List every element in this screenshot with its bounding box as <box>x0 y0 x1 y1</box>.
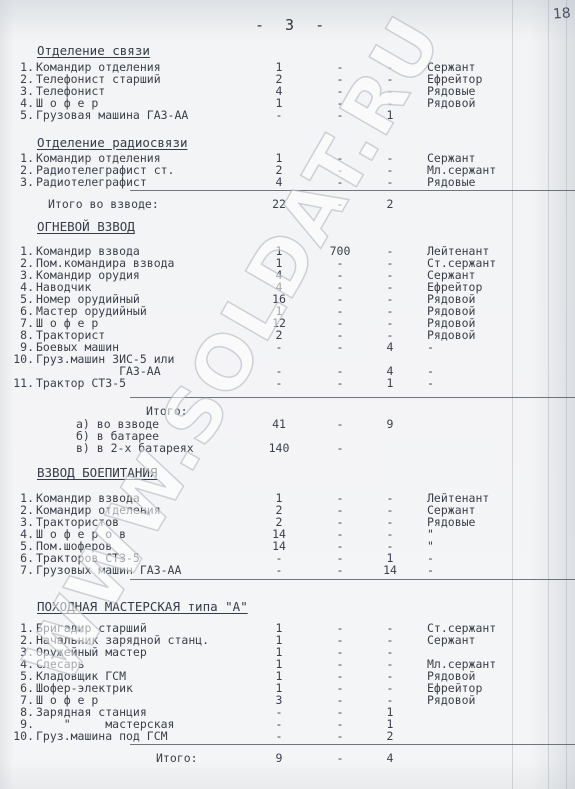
count-vehicles: 4 <box>378 341 402 353</box>
total-a: 41 <box>264 418 294 430</box>
row-number: 7. <box>6 564 34 576</box>
row-number: 3. <box>6 176 34 188</box>
row-number: 10. <box>6 730 34 742</box>
total-label: Итого: <box>156 752 198 764</box>
rank: Рядовой <box>427 97 475 109</box>
count-other: - <box>322 730 358 742</box>
rank: - <box>427 341 434 353</box>
total-b: - <box>322 198 358 210</box>
section-title-ammo-platoon: ВЗВОД БОЕПИТАНИЯ <box>37 465 157 480</box>
count-personnel: - <box>264 377 294 389</box>
scan-streak <box>548 0 549 789</box>
divider <box>130 397 575 398</box>
rank: - <box>427 564 434 576</box>
rank: Рядовые <box>427 516 475 528</box>
divider <box>130 190 575 191</box>
count-other: - <box>322 341 358 353</box>
count-other: - <box>322 377 358 389</box>
rank: - <box>427 377 434 389</box>
scan-streak <box>512 0 513 789</box>
rank: Сержант <box>427 634 475 646</box>
total-b: - <box>322 442 358 454</box>
count-vehicles: 14 <box>378 564 402 576</box>
rank: Рядовой <box>427 694 475 706</box>
rank: Рядовой <box>427 329 475 341</box>
section-title-radio: Отделение радиосвязи <box>37 135 188 150</box>
divider <box>130 744 575 745</box>
count-personnel: 4 <box>264 176 294 188</box>
row-number: 11. <box>6 377 34 389</box>
count-other: - <box>322 109 358 121</box>
firing-totals-heading: Итого: <box>6 405 34 417</box>
count-personnel: - <box>264 564 294 576</box>
position-name: Грузовых машин ГАЗ-АА <box>36 564 181 576</box>
position-name: Грузовая машина ГАЗ-АА <box>36 109 188 121</box>
count-personnel: - <box>264 341 294 353</box>
scan-streak <box>566 0 567 789</box>
position-name: Трактор СТЗ-5 <box>36 377 126 389</box>
platoon-total-row: Итого во взводе: 22 - 2 <box>6 198 34 210</box>
count-vehicles: 1 <box>378 377 402 389</box>
row-number: 10. <box>6 353 34 365</box>
total-a: 22 <box>264 198 294 210</box>
row-number: 5. <box>6 109 34 121</box>
archive-sheet-number: 18 <box>552 5 571 22</box>
totals-label: в) в 2-х батареях <box>76 442 194 454</box>
total-a: 9 <box>264 752 294 764</box>
section-title-firing-platoon: ОГНЕВОЙ ВЗВОД <box>37 219 135 234</box>
total-a: 140 <box>264 442 294 454</box>
count-vehicles: - <box>378 176 402 188</box>
totals-heading: Итого: <box>146 405 188 417</box>
total-b: - <box>322 418 358 430</box>
workshop-total-row: Итого: 9 - 4 <box>6 752 34 764</box>
position-name: Груз.машина под ГСМ <box>36 730 168 742</box>
count-vehicles: 2 <box>378 730 402 742</box>
count-vehicles: 1 <box>378 109 402 121</box>
count-other: - <box>322 176 358 188</box>
section-title-workshop: ПОХОДНАЯ МАСТЕРСКАЯ типа "А" <box>37 599 248 614</box>
count-personnel: - <box>264 730 294 742</box>
total-c: 2 <box>378 198 402 210</box>
total-b: - <box>322 752 358 764</box>
count-other: - <box>322 564 358 576</box>
total-c: 9 <box>378 418 402 430</box>
count-personnel: - <box>264 109 294 121</box>
section-title-communications: Отделение связи <box>37 43 150 58</box>
page-number: - 3 - <box>255 16 330 34</box>
total-label: Итого во взводе: <box>48 198 159 210</box>
document-page: - 3 - 18 Отделение связи 1.Командир отде… <box>0 0 575 789</box>
total-c: 4 <box>378 752 402 764</box>
position-name: Радиотелеграфист <box>36 176 147 188</box>
divider <box>130 579 575 580</box>
rank: Рядовые <box>427 176 475 188</box>
